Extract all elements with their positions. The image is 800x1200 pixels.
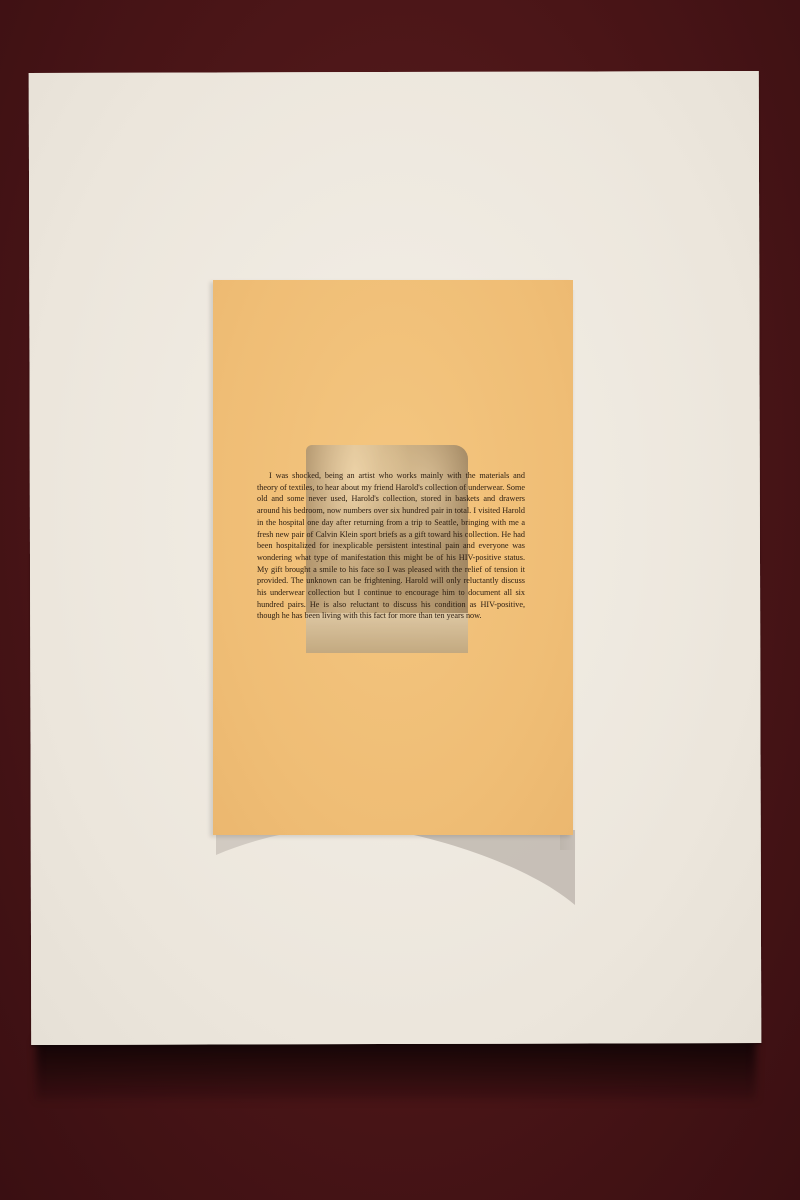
mat-shadow bbox=[36, 1040, 756, 1100]
mat-mark bbox=[36, 1020, 54, 1026]
artwork-paragraph: I was shocked, being an artist who works… bbox=[257, 470, 525, 622]
